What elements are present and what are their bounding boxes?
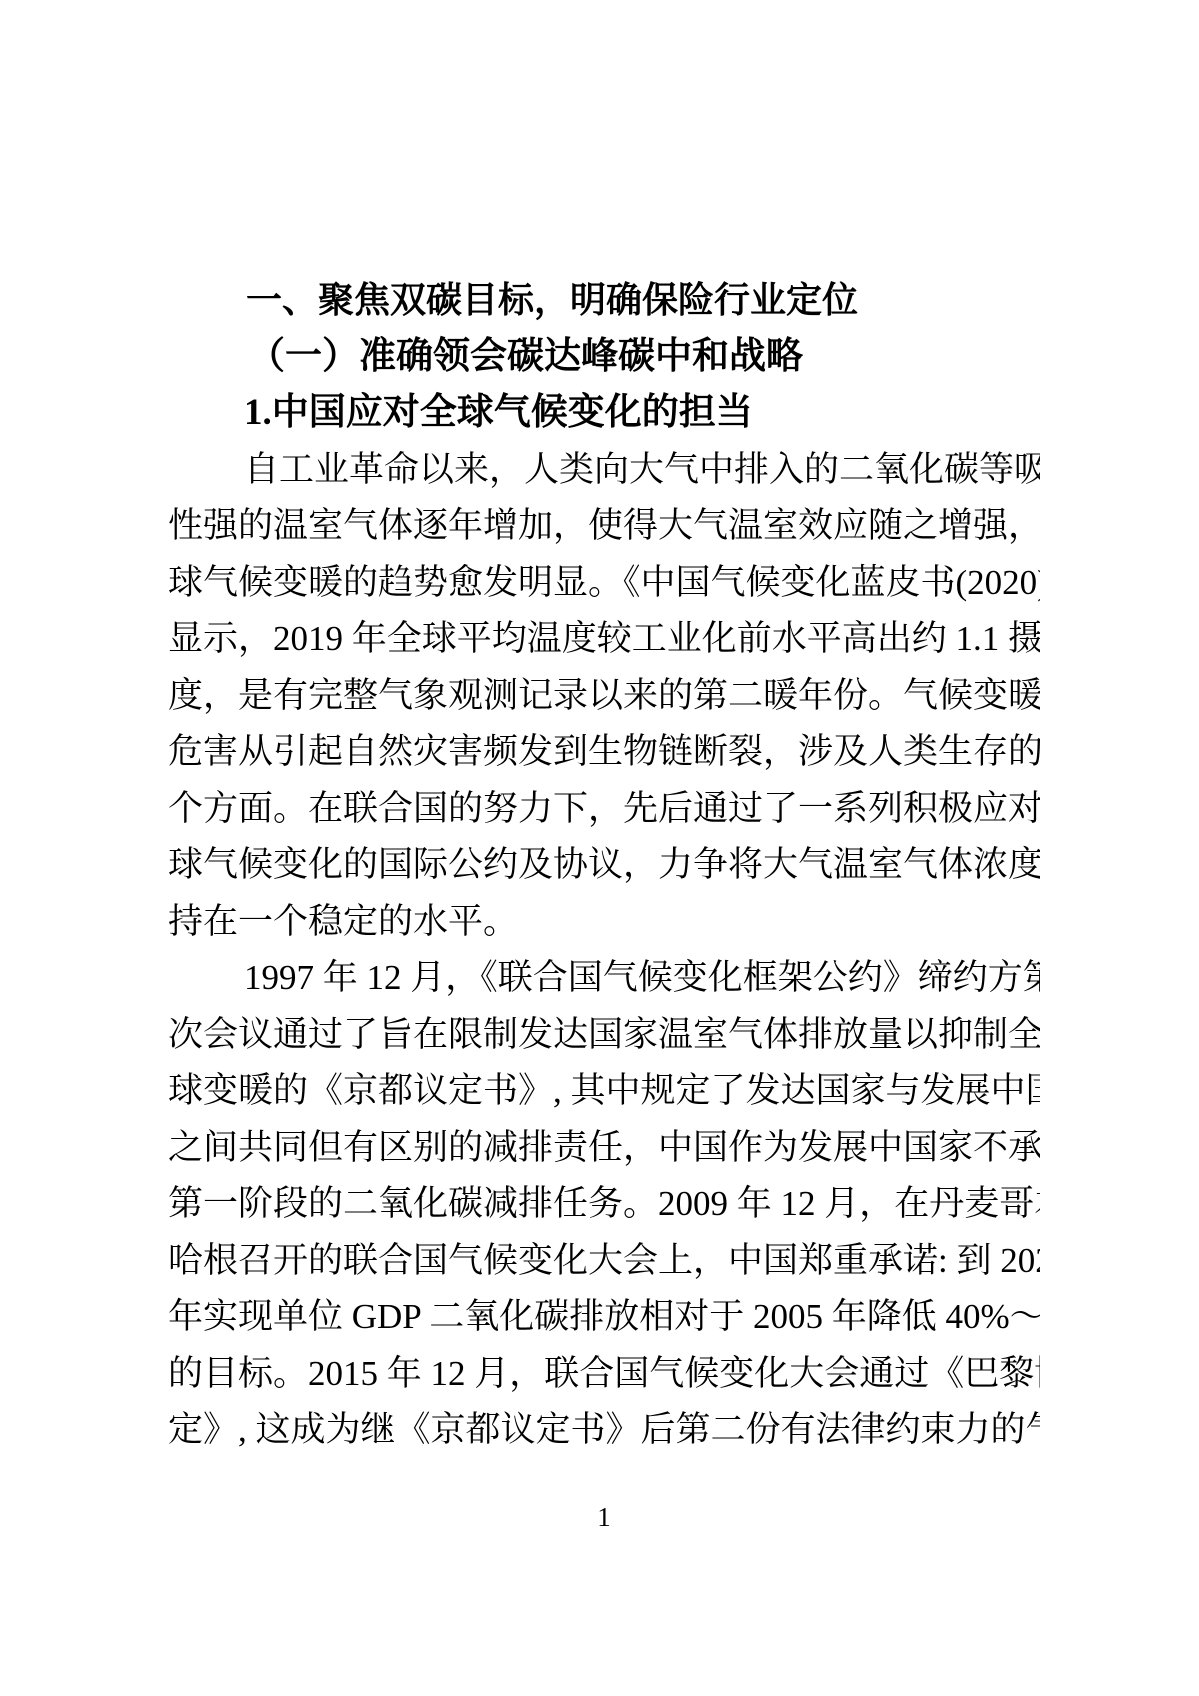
- paragraph-1-line-3: 球气候变暖的趋势愈发明显。《中国气候变化蓝皮书(2020)》: [168, 555, 1040, 612]
- paragraph-1-line-5: 度，是有完整气象观测记录以来的第二暖年份。气候变暖的: [168, 668, 1040, 725]
- paragraph-2-line-7: 年实现单位 GDP 二氧化碳排放相对于 2005 年降低 40%～45%: [168, 1289, 1040, 1346]
- paragraph-2-line-8: 的目标。2015 年 12 月，联合国气候变化大会通过《巴黎协: [168, 1346, 1040, 1403]
- paragraph-1-line-1: 自工业革命以来，人类向大气中排入的二氧化碳等吸热: [168, 442, 1040, 499]
- subsubsection-heading: 1.中国应对全球气候变化的担当: [168, 385, 1040, 442]
- paragraph-2-line-1: 1997 年 12 月，《联合国气候变化框架公约》缔约方第三: [168, 950, 1040, 1007]
- subsection-heading: （一）准确领会碳达峰碳中和战略: [168, 329, 1040, 386]
- page-number: 1: [168, 1495, 1040, 1540]
- paragraph-1-line-7: 个方面。在联合国的努力下，先后通过了一系列积极应对全: [168, 781, 1040, 838]
- paragraph-1-line-6: 危害从引起自然灾害频发到生物链断裂，涉及人类生存的各: [168, 724, 1040, 781]
- paragraph-2-line-3: 球变暖的《京都议定书》, 其中规定了发达国家与发展中国家: [168, 1063, 1040, 1120]
- paragraph-2-line-4: 之间共同但有区别的减排责任，中国作为发展中国家不承担: [168, 1120, 1040, 1177]
- paragraph-2-line-9: 定》, 这成为继《京都议定书》后第二份有法律约束力的气候: [168, 1402, 1040, 1459]
- paragraph-1-line-2: 性强的温室气体逐年增加，使得大气温室效应随之增强，全: [168, 498, 1040, 555]
- paragraph-2-line-6: 哈根召开的联合国气候变化大会上，中国郑重承诺: 到 2020: [168, 1233, 1040, 1290]
- paragraph-1-line-8: 球气候变化的国际公约及协议，力争将大气温室气体浓度维: [168, 837, 1040, 894]
- section-heading: 一、聚焦双碳目标，明确保险行业定位: [168, 272, 1040, 329]
- paragraph-1-line-4: 显示，2019 年全球平均温度较工业化前水平高出约 1.1 摄氏: [168, 611, 1040, 668]
- paragraph-2-line-5: 第一阶段的二氧化碳减排任务。2009 年 12 月，在丹麦哥本: [168, 1176, 1040, 1233]
- document-page: 一、聚焦双碳目标，明确保险行业定位 （一）准确领会碳达峰碳中和战略 1.中国应对…: [0, 0, 1199, 1696]
- paragraph-1-line-9: 持在一个稳定的水平。: [168, 894, 1040, 951]
- paragraph-2-line-2: 次会议通过了旨在限制发达国家温室气体排放量以抑制全: [168, 1007, 1040, 1064]
- text-block: 一、聚焦双碳目标，明确保险行业定位 （一）准确领会碳达峰碳中和战略 1.中国应对…: [168, 272, 1040, 1459]
